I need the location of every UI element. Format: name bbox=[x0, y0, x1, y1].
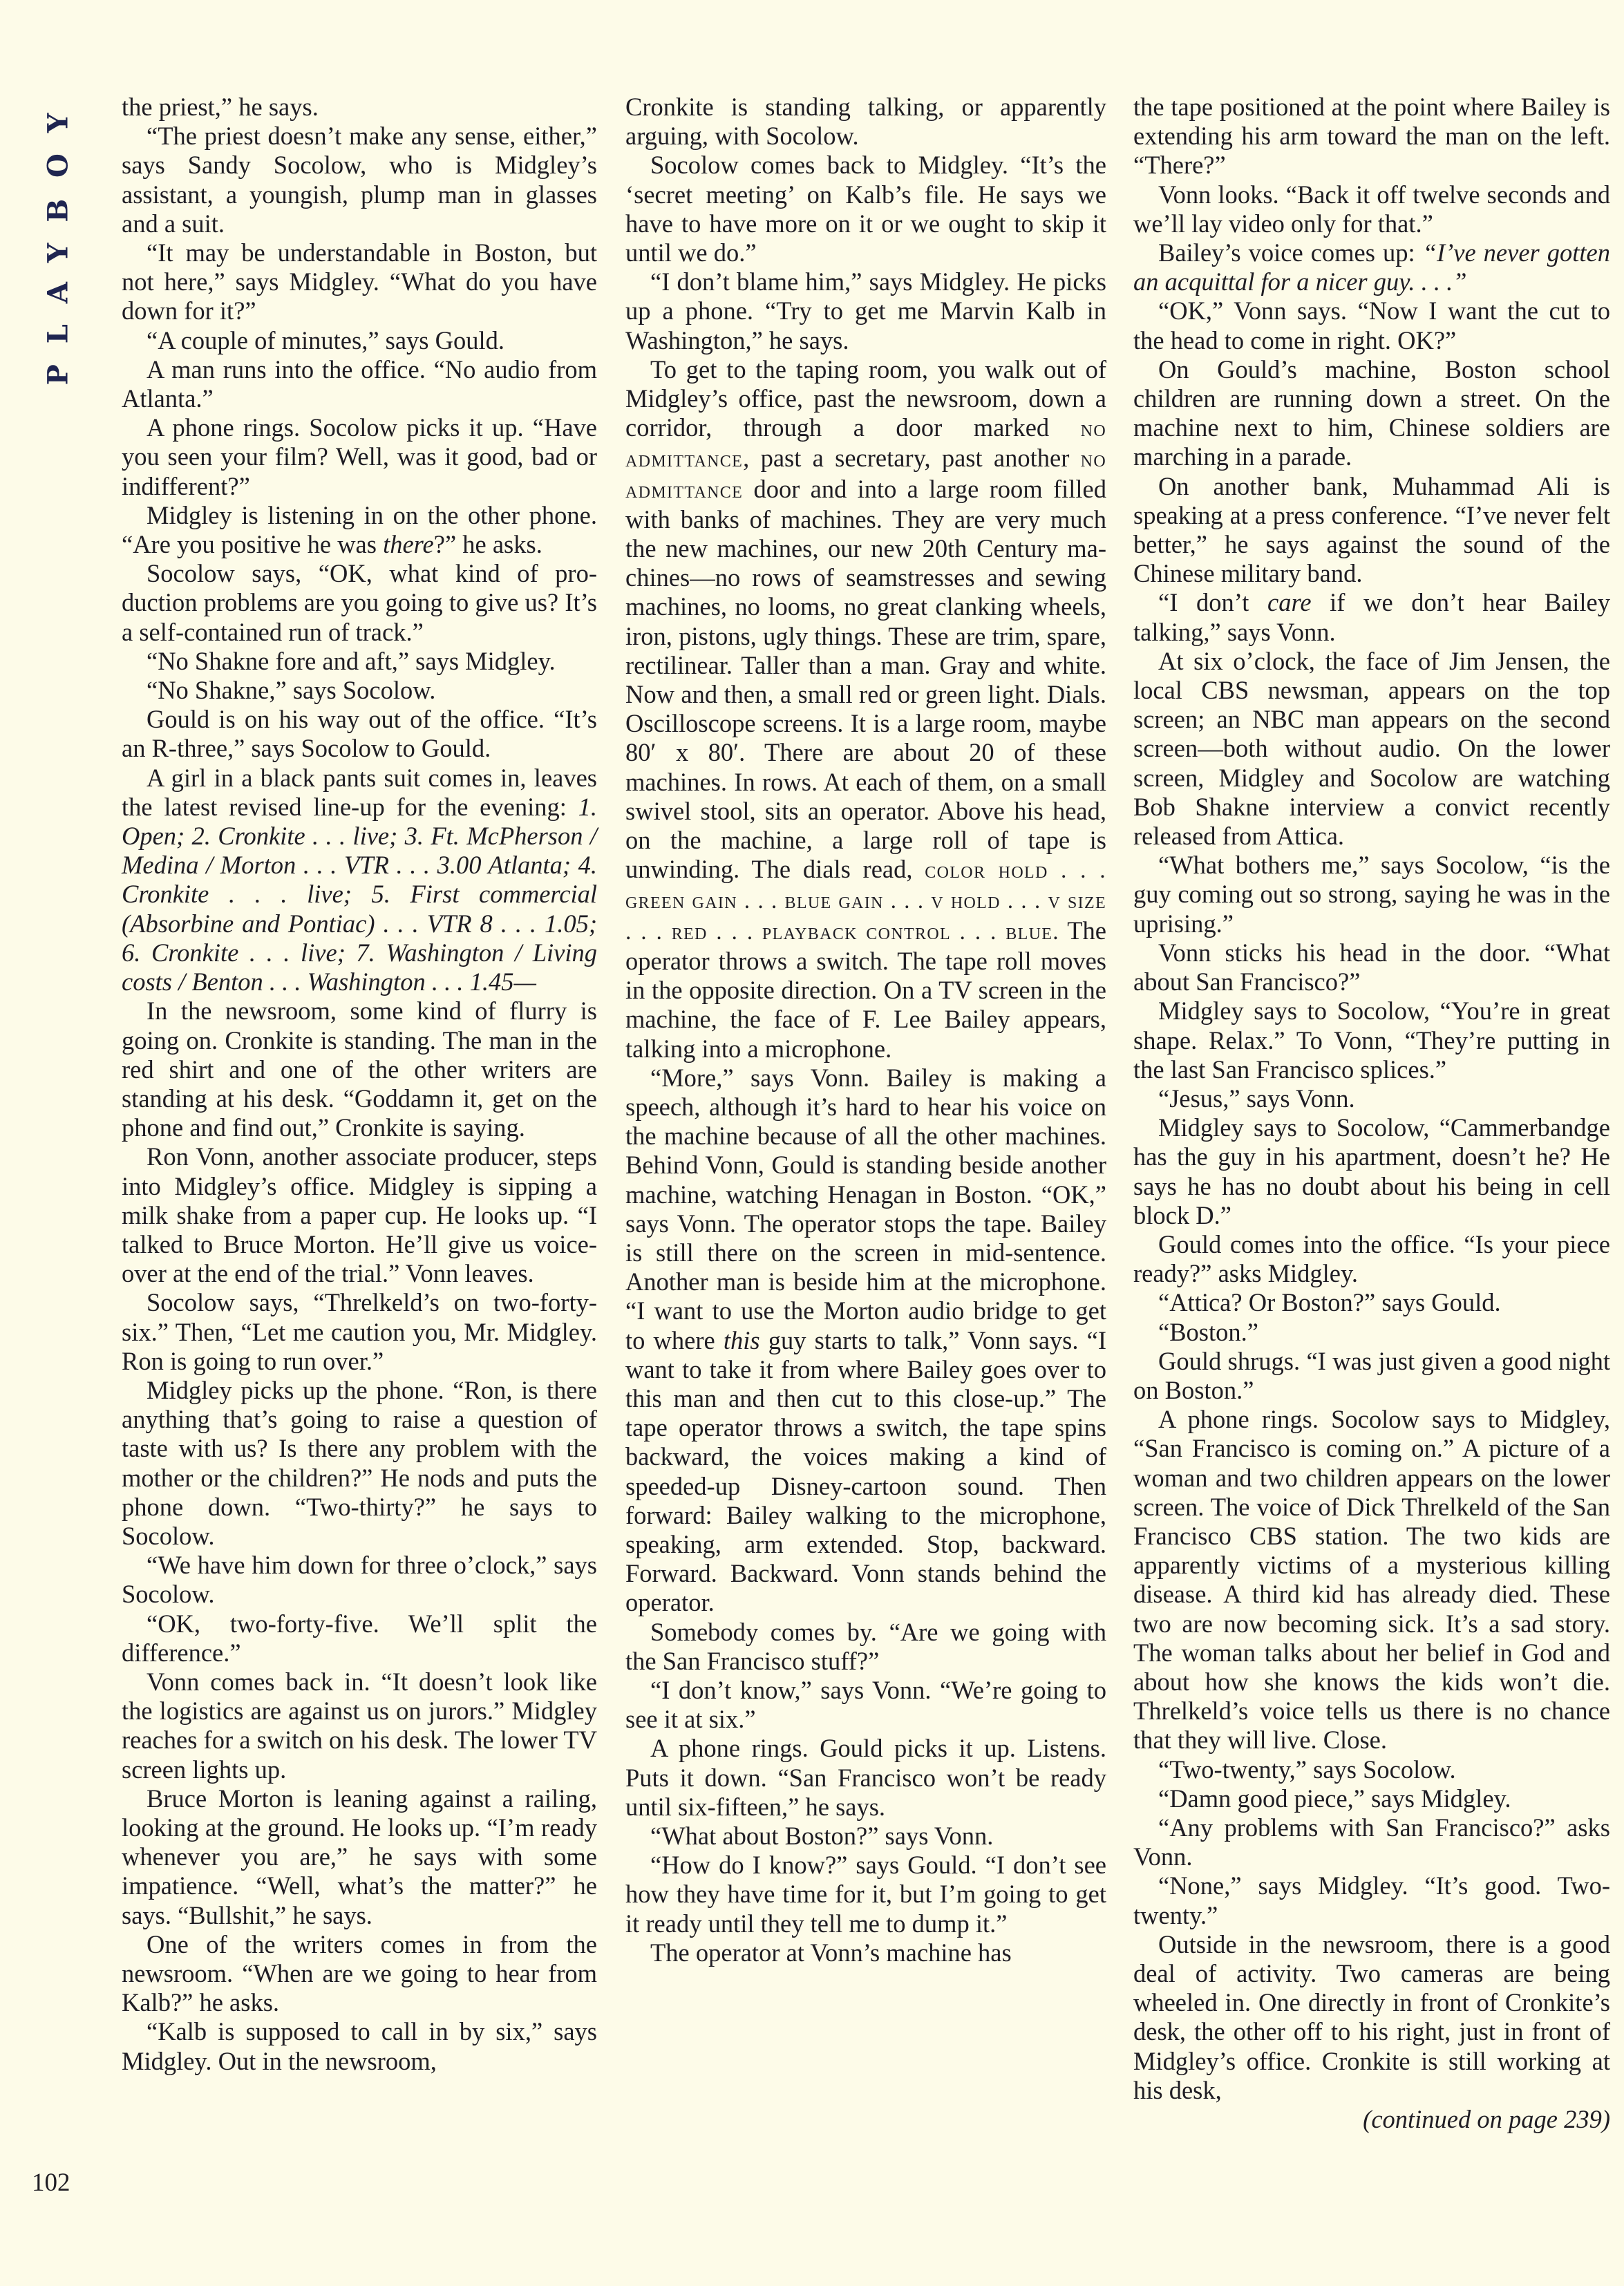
text-run: Vonn looks. “Back it off twelve seconds … bbox=[1133, 180, 1610, 238]
paragraph: “What bothers me,” says Socolow, “is the… bbox=[1133, 851, 1610, 938]
paragraph: “Two-twenty,” says Socolow. bbox=[1133, 1755, 1610, 1784]
text-run: “Kalb is supposed to call in by six,” sa… bbox=[122, 2017, 597, 2075]
italic-text: 1. Open; 2. Cronkite . . . live; 3. Ft. … bbox=[122, 793, 597, 996]
paragraph: Socolow says, “Threlkeld’s on two-forty-… bbox=[122, 1288, 597, 1376]
text-run: Midgley says to Socolow, “Cammer­bandge … bbox=[1133, 1113, 1610, 1229]
text-run: “It may be understandable in Boston, but… bbox=[122, 238, 597, 325]
paragraph: Gould shrugs. “I was just given a good n… bbox=[1133, 1347, 1610, 1405]
text-run: ?” he asks. bbox=[434, 530, 542, 558]
text-run: The operator at Vonn’s machine has bbox=[650, 1938, 1012, 1967]
text-run: Vonn comes back in. “It doesn’t look lik… bbox=[122, 1668, 597, 1784]
paragraph: A phone rings. Socolow picks it up. “Hav… bbox=[122, 413, 597, 501]
playboy-masthead: PLAYBOY bbox=[40, 104, 76, 373]
italic-text: care bbox=[1267, 588, 1312, 616]
text-run: Somebody comes by. “Are we going with th… bbox=[625, 1618, 1106, 1675]
paragraph: Vonn looks. “Back it off twelve seconds … bbox=[1133, 180, 1610, 238]
text-run: “I don’t blame him,” says Midgley. He pi… bbox=[625, 267, 1106, 354]
text-run: Midgley says to Socolow, “You’re in grea… bbox=[1133, 996, 1610, 1083]
paragraph: “Any problems with San Francisco?” asks … bbox=[1133, 1813, 1610, 1871]
text-run: “None,” says Midgley. “It’s good. Two-tw… bbox=[1133, 1871, 1610, 1929]
paragraph: To get to the taping room, you walk out … bbox=[625, 355, 1106, 1064]
italic-text: (continued on page 239) bbox=[1363, 2105, 1610, 2133]
paragraph: “The priest doesn’t make any sense, eith… bbox=[122, 122, 597, 238]
paragraph: A man runs into the office. “No audio fr… bbox=[122, 355, 597, 413]
paragraph: Midgley says to Socolow, “You’re in grea… bbox=[1133, 996, 1610, 1084]
paragraph: Gould is on his way out of the office. “… bbox=[122, 705, 597, 763]
text-run: “OK, two-forty-five. We’ll split the dif… bbox=[122, 1609, 597, 1667]
paragraph: Bruce Morton is leaning against a railin… bbox=[122, 1784, 597, 1930]
paragraph: “No Shakne fore and aft,” says Midgley. bbox=[122, 647, 597, 676]
paragraph: A phone rings. Socolow says to Midgley, … bbox=[1133, 1405, 1610, 1755]
text-run: “We have him down for three o’clock,” sa… bbox=[122, 1551, 597, 1608]
text-run: “Damn good piece,” says Midgley. bbox=[1158, 1784, 1511, 1813]
paragraph: “Attica? Or Boston?” says Gould. bbox=[1133, 1288, 1610, 1317]
text-run: A phone rings. Gould picks it up. Listen… bbox=[625, 1734, 1106, 1820]
paragraph: “Jesus,” says Vonn. bbox=[1133, 1084, 1610, 1113]
text-run: “More,” says Vonn. Bailey is making a sp… bbox=[625, 1064, 1106, 1354]
text-run: A man runs into the office. “No audio fr… bbox=[122, 355, 597, 413]
paragraph: Outside in the newsroom, there is a good… bbox=[1133, 1930, 1610, 2105]
text-run: the tape positioned at the point where B… bbox=[1133, 93, 1610, 179]
text-run: “The priest doesn’t make any sense, eith… bbox=[122, 122, 597, 238]
text-run: “Boston.” bbox=[1158, 1318, 1258, 1346]
page-number: 102 bbox=[32, 2168, 70, 2198]
text-run: door and into a large room filled with b… bbox=[625, 475, 1106, 884]
paragraph: “How do I know?” says Gould. “I don’t se… bbox=[625, 1851, 1106, 1938]
paragraph: A phone rings. Gould picks it up. Listen… bbox=[625, 1734, 1106, 1822]
article-column-3: the tape positioned at the point where B… bbox=[1133, 93, 1610, 2134]
text-run: “Jesus,” says Vonn. bbox=[1158, 1084, 1355, 1113]
text-run: “No Shakne,” says Socolow. bbox=[147, 676, 435, 704]
paragraph: Midgley says to Socolow, “Cammer­bandge … bbox=[1133, 1113, 1610, 1230]
text-run: Outside in the newsroom, there is a good… bbox=[1133, 1930, 1610, 2104]
masthead-text: PLAYBOY bbox=[42, 92, 75, 385]
text-run: “Attica? Or Boston?” says Gould. bbox=[1158, 1288, 1501, 1316]
paragraph: Socolow says, “OK, what kind of pro­duct… bbox=[122, 559, 597, 647]
paragraph: “A couple of minutes,” says Gould. bbox=[122, 326, 597, 355]
paragraph: At six o’clock, the face of Jim Jensen, … bbox=[1133, 647, 1610, 851]
text-run: On another bank, Muhammad Ali is speakin… bbox=[1133, 472, 1610, 588]
paragraph: One of the writers comes in from the new… bbox=[122, 1930, 597, 2018]
paragraph: “What about Boston?” says Vonn. bbox=[625, 1822, 1106, 1851]
paragraph: “OK,” Vonn says. “Now I want the cut to … bbox=[1133, 296, 1610, 355]
paragraph: “More,” says Vonn. Bailey is making a sp… bbox=[625, 1064, 1106, 1618]
paragraph: “I don’t blame him,” says Midgley. He pi… bbox=[625, 267, 1106, 355]
paragraph: “Damn good piece,” says Midgley. bbox=[1133, 1784, 1610, 1813]
paragraph: Gould comes into the office. “Is your pi… bbox=[1133, 1230, 1610, 1288]
article-column-2: Cronkite is standing talking, or appar­e… bbox=[625, 93, 1106, 1967]
paragraph: Midgley picks up the phone. “Ron, is the… bbox=[122, 1376, 597, 1551]
paragraph: “I don’t care if we don’t hear Bailey ta… bbox=[1133, 588, 1610, 646]
paragraph: On Gould’s machine, Boston school childr… bbox=[1133, 355, 1610, 472]
paragraph: the tape positioned at the point where B… bbox=[1133, 93, 1610, 180]
text-run: guy starts to talk,” Vonn says. “I want … bbox=[625, 1326, 1106, 1617]
text-run: One of the writers comes in from the new… bbox=[122, 1930, 597, 2016]
text-run: , past a secretary, past another bbox=[743, 444, 1080, 472]
text-run: A girl in a black pants suit comes in, l… bbox=[122, 764, 597, 821]
text-run: Gould is on his way out of the office. “… bbox=[122, 705, 597, 762]
paragraph: “No Shakne,” says Socolow. bbox=[122, 676, 597, 705]
paragraph: Midgley is listening in on the other pho… bbox=[122, 501, 597, 559]
text-run: Ron Vonn, another associate produc­er, s… bbox=[122, 1142, 597, 1287]
paragraph: Socolow comes back to Midgley. “It’s the… bbox=[625, 151, 1106, 267]
text-run: Socolow says, “OK, what kind of pro­duct… bbox=[122, 559, 597, 645]
text-run: Socolow says, “Threlkeld’s on two-forty-… bbox=[122, 1288, 597, 1375]
text-run: Cronkite is standing talking, or appar­e… bbox=[625, 93, 1106, 150]
paragraph: “Kalb is supposed to call in by six,” sa… bbox=[122, 2017, 597, 2075]
paragraph: In the newsroom, some kind of flurry is … bbox=[122, 996, 597, 1142]
text-run: Bruce Morton is leaning against a railin… bbox=[122, 1784, 597, 1929]
paragraph: Vonn comes back in. “It doesn’t look lik… bbox=[122, 1668, 597, 1784]
text-run: “How do I know?” says Gould. “I don’t se… bbox=[625, 1851, 1106, 1937]
paragraph: “It may be understandable in Boston, but… bbox=[122, 238, 597, 326]
text-run: “I don’t bbox=[1158, 588, 1267, 616]
text-run: Gould comes into the office. “Is your pi… bbox=[1133, 1230, 1610, 1287]
text-run: Socolow comes back to Midgley. “It’s the… bbox=[625, 151, 1106, 267]
paragraph: the priest,” he says. bbox=[122, 93, 597, 122]
paragraph: “I don’t know,” says Vonn. “We’re going … bbox=[625, 1676, 1106, 1734]
italic-text: this bbox=[724, 1326, 760, 1354]
text-run: A phone rings. Socolow says to Midgley, … bbox=[1133, 1405, 1610, 1754]
paragraph: The operator at Vonn’s machine has bbox=[625, 1938, 1106, 1967]
article-column-1: the priest,” he says.“The priest doesn’t… bbox=[122, 93, 597, 2076]
text-run: “Two-twenty,” says Socolow. bbox=[1158, 1755, 1456, 1784]
text-run: A phone rings. Socolow picks it up. “Hav… bbox=[122, 413, 597, 500]
paragraph: Somebody comes by. “Are we going with th… bbox=[625, 1618, 1106, 1676]
text-run: Bailey’s voice comes up: bbox=[1158, 238, 1423, 267]
text-run: “A couple of minutes,” says Gould. bbox=[147, 326, 504, 355]
paragraph: “We have him down for three o’clock,” sa… bbox=[122, 1551, 597, 1609]
paragraph: “OK, two-forty-five. We’ll split the dif… bbox=[122, 1609, 597, 1668]
text-run: At six o’clock, the face of Jim Jensen, … bbox=[1133, 647, 1610, 850]
paragraph: Ron Vonn, another associate produc­er, s… bbox=[122, 1142, 597, 1288]
paragraph: “Boston.” bbox=[1133, 1318, 1610, 1347]
paragraph: Bailey’s voice comes up: “I’ve never got… bbox=[1133, 238, 1610, 296]
text-run: “I don’t know,” says Vonn. “We’re going … bbox=[625, 1676, 1106, 1733]
text-run: “Any problems with San Francisco?” asks … bbox=[1133, 1813, 1610, 1871]
paragraph: A girl in a black pants suit comes in, l… bbox=[122, 764, 597, 997]
text-run: In the newsroom, some kind of flurry is … bbox=[122, 996, 597, 1142]
text-run: “OK,” Vonn says. “Now I want the cut to … bbox=[1133, 296, 1610, 354]
paragraph: On another bank, Muhammad Ali is speakin… bbox=[1133, 472, 1610, 589]
text-run: Midgley picks up the phone. “Ron, is the… bbox=[122, 1376, 597, 1550]
text-run: “No Shakne fore and aft,” says Midgley. bbox=[147, 647, 556, 675]
text-run: “What about Boston?” says Vonn. bbox=[650, 1822, 993, 1850]
continued-note: (continued on page 239) bbox=[1133, 2105, 1610, 2134]
text-run: To get to the taping room, you walk out … bbox=[625, 355, 1106, 442]
text-run: On Gould’s machine, Boston school childr… bbox=[1133, 355, 1610, 471]
italic-text: there bbox=[383, 530, 434, 558]
paragraph: Vonn sticks his head in the door. “What … bbox=[1133, 938, 1610, 996]
text-run: “What bothers me,” says Socolow, “is the… bbox=[1133, 851, 1610, 937]
text-run: Vonn sticks his head in the door. “What … bbox=[1133, 938, 1610, 996]
paragraph: “None,” says Midgley. “It’s good. Two-tw… bbox=[1133, 1871, 1610, 1929]
text-run: the priest,” he says. bbox=[122, 93, 319, 121]
paragraph: Cronkite is standing talking, or appar­e… bbox=[625, 93, 1106, 151]
text-run: Gould shrugs. “I was just given a good n… bbox=[1133, 1347, 1610, 1404]
